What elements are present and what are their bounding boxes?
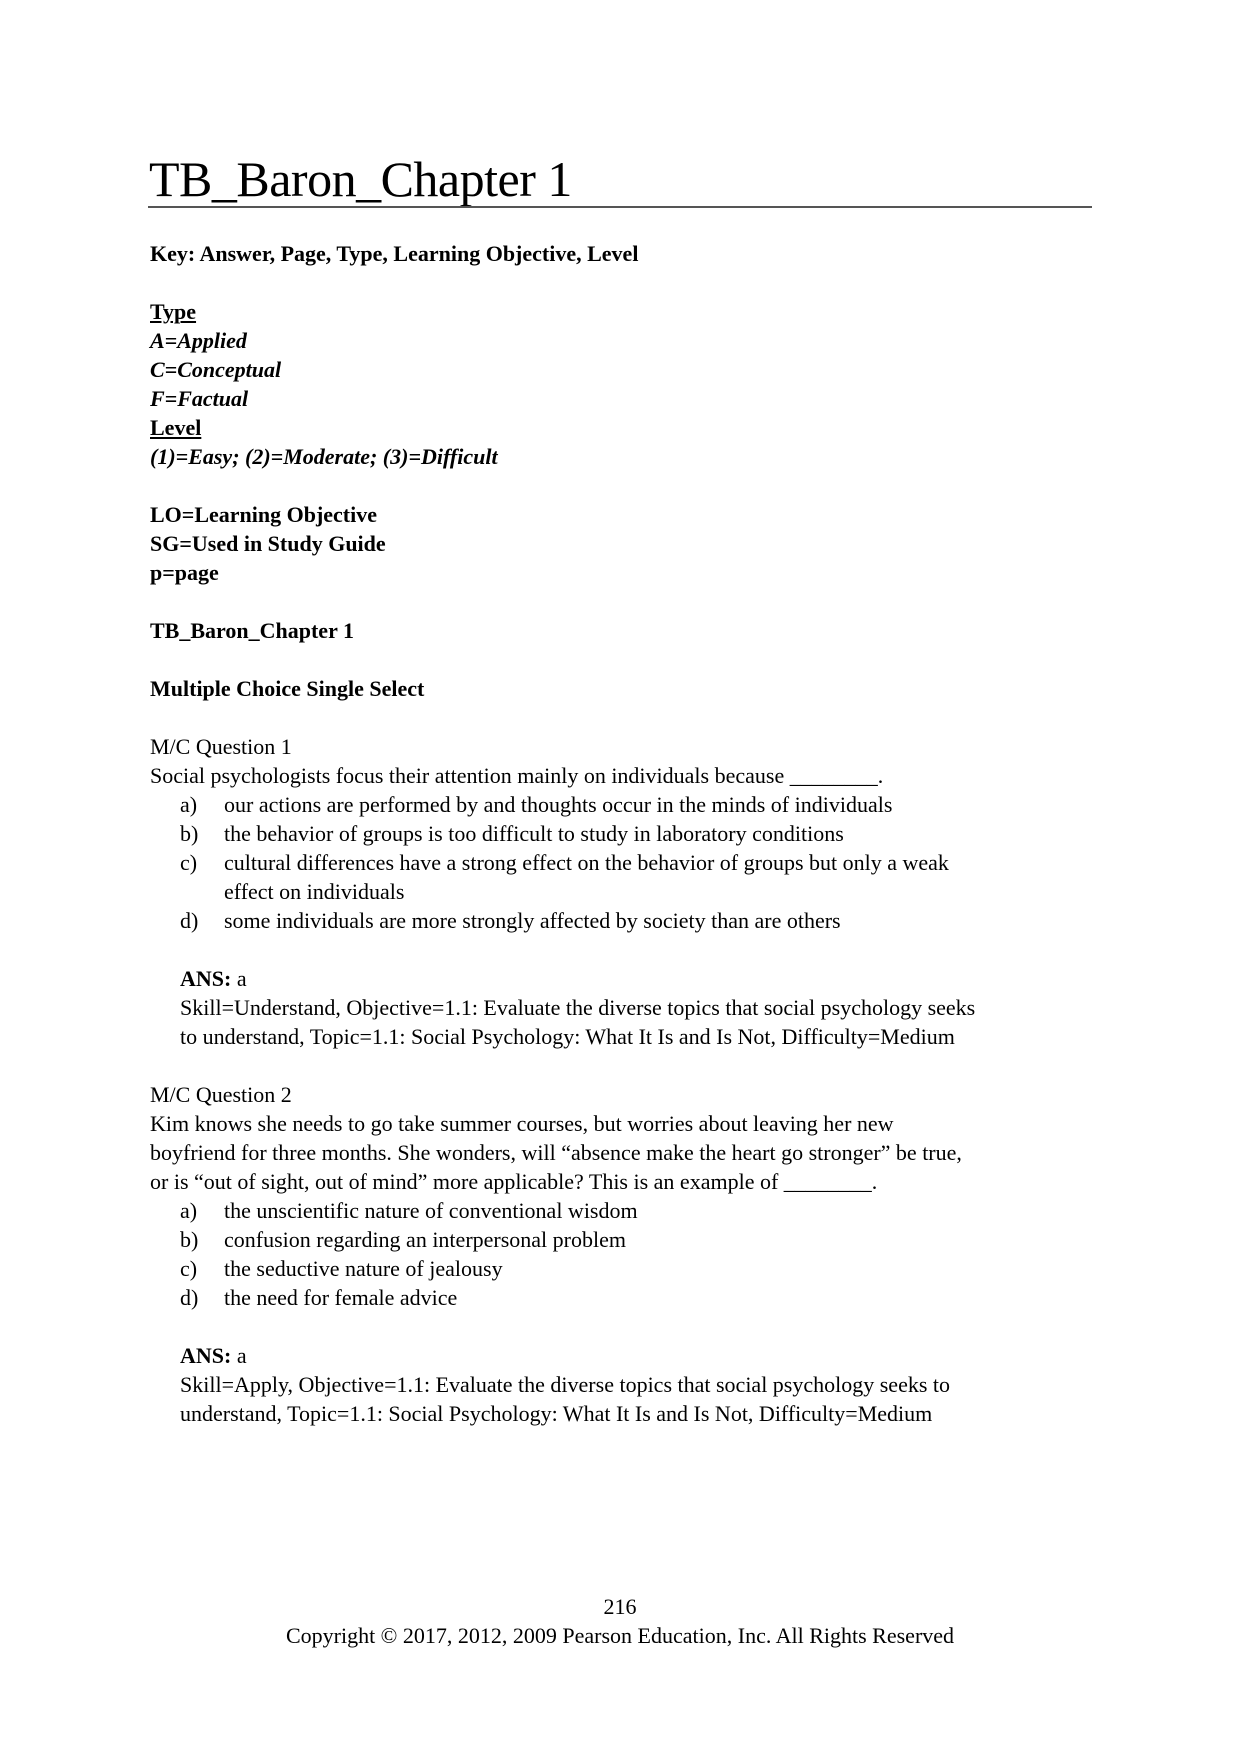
answer-line: ANS: a [180, 964, 247, 993]
question-label: M/C Question 1 [150, 732, 292, 761]
option-letter: a) [180, 790, 197, 819]
type-item-conceptual: C=Conceptual [150, 355, 281, 384]
option-letter: b) [180, 819, 198, 848]
document-page: TB_Baron_Chapter 1 Key: Answer, Page, Ty… [0, 0, 1240, 1754]
copyright-notice: Copyright © 2017, 2012, 2009 Pearson Edu… [0, 1621, 1240, 1650]
abbrev-lo: LO=Learning Objective [150, 500, 377, 529]
answer-meta-continued: understand, Topic=1.1: Social Psychology… [180, 1399, 932, 1428]
document-title: TB_Baron_Chapter 1 [149, 150, 572, 208]
answer-value: a [237, 966, 247, 991]
option-text-continued: effect on individuals [224, 877, 404, 906]
option-letter: b) [180, 1225, 198, 1254]
option-text: some individuals are more strongly affec… [224, 906, 841, 935]
abbrev-sg: SG=Used in Study Guide [150, 529, 386, 558]
option-letter: a) [180, 1196, 197, 1225]
option-letter: d) [180, 906, 198, 935]
answer-label: ANS: [180, 1343, 231, 1368]
option-letter: c) [180, 848, 197, 877]
key-line: Key: Answer, Page, Type, Learning Object… [150, 239, 638, 268]
type-heading: Type [150, 297, 196, 326]
option-text: cultural differences have a strong effec… [224, 848, 949, 877]
level-heading: Level [150, 413, 201, 442]
question-stem: Social psychologists focus their attenti… [150, 761, 883, 790]
answer-meta: Skill=Understand, Objective=1.1: Evaluat… [180, 993, 975, 1022]
section-heading: Multiple Choice Single Select [150, 674, 424, 703]
answer-label: ANS: [180, 966, 231, 991]
answer-meta-continued: to understand, Topic=1.1: Social Psychol… [180, 1022, 955, 1051]
question-stem-continued: or is “out of sight, out of mind” more a… [150, 1167, 877, 1196]
option-letter: c) [180, 1254, 197, 1283]
option-text: confusion regarding an interpersonal pro… [224, 1225, 626, 1254]
option-text: the seductive nature of jealousy [224, 1254, 503, 1283]
question-stem-continued: boyfriend for three months. She wonders,… [150, 1138, 962, 1167]
question-label: M/C Question 2 [150, 1080, 292, 1109]
type-item-applied: A=Applied [150, 326, 247, 355]
abbrev-p: p=page [150, 558, 219, 587]
option-text: the need for female advice [224, 1283, 457, 1312]
title-underline-rule [148, 206, 1092, 208]
type-item-factual: F=Factual [150, 384, 248, 413]
option-text: our actions are performed by and thought… [224, 790, 892, 819]
answer-meta: Skill=Apply, Objective=1.1: Evaluate the… [180, 1370, 950, 1399]
option-text: the unscientific nature of conventional … [224, 1196, 638, 1225]
option-text: the behavior of groups is too difficult … [224, 819, 844, 848]
level-items: (1)=Easy; (2)=Moderate; (3)=Difficult [150, 442, 498, 471]
answer-value: a [237, 1343, 247, 1368]
option-letter: d) [180, 1283, 198, 1312]
page-number: 216 [0, 1592, 1240, 1621]
answer-line: ANS: a [180, 1341, 247, 1370]
question-stem: Kim knows she needs to go take summer co… [150, 1109, 894, 1138]
subtitle: TB_Baron_Chapter 1 [150, 616, 354, 645]
